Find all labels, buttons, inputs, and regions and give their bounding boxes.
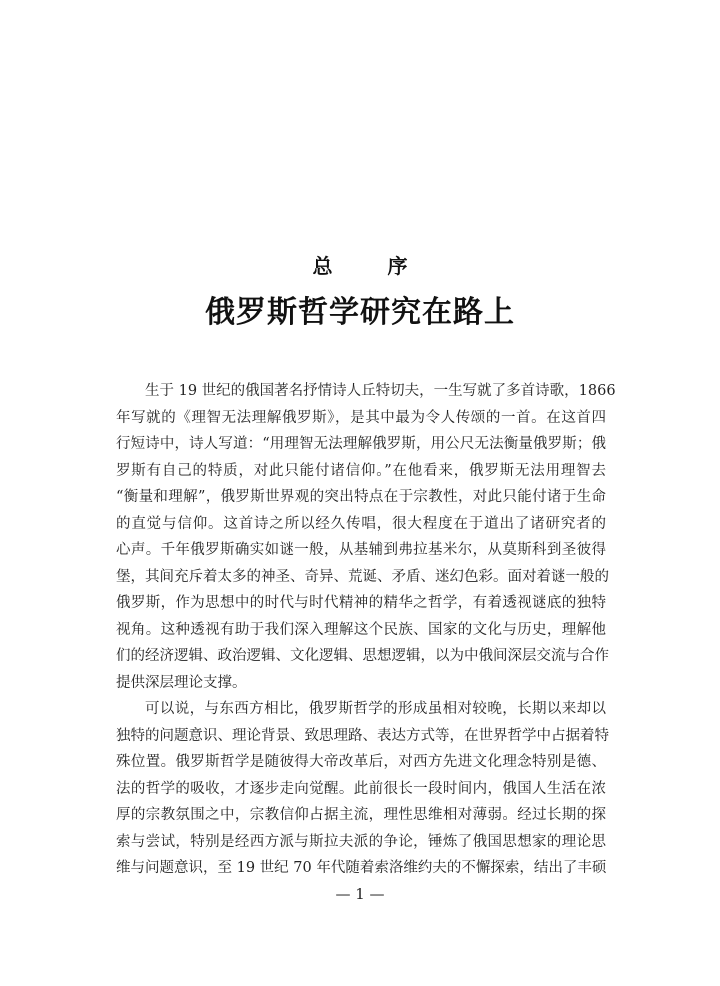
- page-number: — 1 —: [0, 884, 720, 904]
- paragraph-line: 提供深层理论支撑。: [116, 670, 606, 697]
- paragraph-line: 的直觉与信仰。这首诗之所以经久传唱，很大程度在于道出了诸研究者的: [116, 511, 606, 538]
- paragraph-line: “衡量和理解”，俄罗斯世界观的突出特点在于宗教性，对此只能付诸于生命: [116, 484, 606, 511]
- paragraph-line: 年写就的《理智无法理解俄罗斯》，是其中最为令人传颂的一首。在这首四: [116, 405, 606, 432]
- document-page: 总 序 俄罗斯哲学研究在路上 生于 19 世纪的俄国著名抒情诗人丘特切夫，一生写…: [0, 0, 720, 986]
- paragraph-line: 罗斯有自己的特质，对此只能付诸信仰。”在他看来，俄罗斯无法用理智去: [116, 458, 606, 485]
- paragraph-line: 法的哲学的吸收，才逐步走向觉醒。此前很长一段时间内，俄国人生活在浓: [116, 776, 606, 803]
- paragraph-line: 们的经济逻辑、政治逻辑、文化逻辑、思想逻辑，以为中俄间深层交流与合作: [116, 643, 606, 670]
- paragraph-line: 堡，其间充斥着太多的神圣、奇异、荒诞、矛盾、迷幻色彩。面对着谜一般的: [116, 564, 606, 591]
- paragraph-line: 独特的问题意识、理论背景、致思理路、表达方式等，在世界哲学中占据着特: [116, 723, 606, 750]
- paragraph-line: 维与问题意识，至 19 世纪 70 年代随着索洛维约夫的不懈探索，结出了丰硕: [116, 855, 606, 882]
- paragraph-line: 厚的宗教氛围之中，宗教信仰占据主流，理性思维相对薄弱。经过长期的探: [116, 802, 606, 829]
- page-title: 俄罗斯哲学研究在路上: [0, 293, 720, 333]
- paragraph-line: 俄罗斯，作为思想中的时代与时代精神的精华之哲学，有着透视谜底的独特: [116, 590, 606, 617]
- paragraph-line: 殊位置。俄罗斯哲学是随彼得大帝改革后，对西方先进文化理念特别是德、: [116, 749, 606, 776]
- paragraph-line: 视角。这种透视有助于我们深入理解这个民族、国家的文化与历史，理解他: [116, 617, 606, 644]
- paragraph-line: 可以说，与东西方相比，俄罗斯哲学的形成虽相对较晚，长期以来却以: [116, 696, 606, 723]
- paragraph-line: 索与尝试，特别是经西方派与斯拉夫派的争论，锤炼了俄国思想家的理论思: [116, 829, 606, 856]
- paragraph-line: 生于 19 世纪的俄国著名抒情诗人丘特切夫，一生写就了多首诗歌，1866: [116, 378, 606, 405]
- series-label: 总 序: [0, 254, 720, 278]
- paragraph-line: 心声。千年俄罗斯确实如谜一般，从基辅到弗拉基米尔，从莫斯科到圣彼得: [116, 537, 606, 564]
- paragraph-line: 行短诗中，诗人写道：“用理智无法理解俄罗斯，用公尺无法衡量俄罗斯；俄: [116, 431, 606, 458]
- body-text: 生于 19 世纪的俄国著名抒情诗人丘特切夫，一生写就了多首诗歌，1866 年写就…: [116, 378, 606, 882]
